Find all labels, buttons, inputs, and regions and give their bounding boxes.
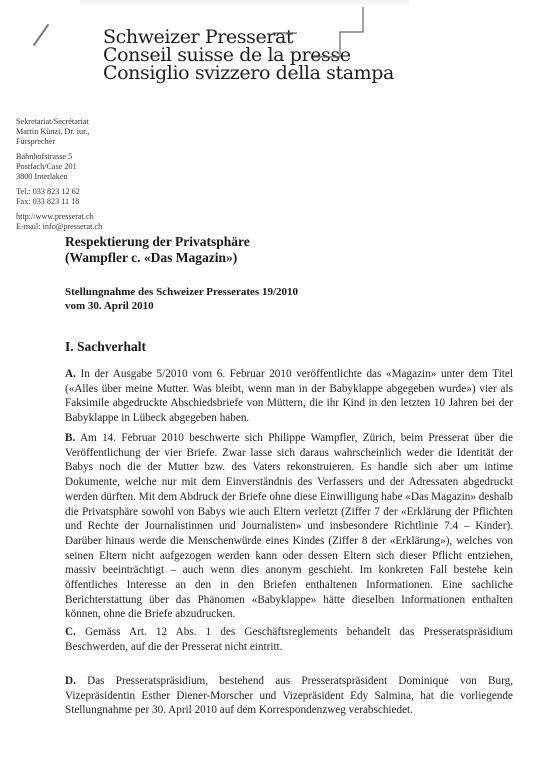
paragraph-text: Am 14. Februar 2010 beschwerte sich Phil…	[65, 432, 513, 620]
title-line-1: Respektierung der Privatsphäre	[65, 234, 250, 250]
title-line-2: (Wampfler c. «Das Magazin»)	[65, 250, 250, 266]
fax-number: Fax: 033 823 11 18	[16, 197, 102, 207]
paragraph-c: C. Gemäss Art. 12 Abs. 1 des Geschäftsre…	[65, 625, 513, 654]
subtitle-line-1: Stellungnahme des Schweizer Presserates …	[65, 285, 298, 299]
address-city: 3800 Interlaken	[16, 172, 102, 182]
secretariat-block: Sekretariat/Secrétariat Martin Künzi, Dr…	[16, 117, 102, 147]
address-postbox: Postfach/Case 201	[16, 162, 102, 172]
phone-block: Tel.: 033 823 12 62 Fax: 033 823 11 18	[16, 187, 102, 207]
sidebar-contact-info: Sekretariat/Secrétariat Martin Künzi, Dr…	[16, 117, 102, 237]
paragraph-text: Das Presseratspräsidium, bestehend aus P…	[65, 675, 513, 716]
section-heading: I. Sachverhalt	[65, 339, 146, 355]
document-subtitle: Stellungnahme des Schweizer Presserates …	[65, 285, 298, 313]
web-block: http://www.presserat.ch E-mail: info@pre…	[16, 212, 102, 232]
phone-number: Tel.: 033 823 12 62	[16, 187, 102, 197]
email-link[interactable]: E-mail: info@presserat.ch	[16, 222, 102, 232]
paragraph-label: B.	[65, 432, 75, 444]
paragraph-text: In der Ausgabe 5/2010 vom 6. Februar 201…	[65, 368, 513, 424]
secretariat-name: Martin Künzi, Dr. iur.,	[16, 127, 102, 137]
paragraph-b: B. Am 14. Februar 2010 beschwerte sich P…	[65, 431, 513, 622]
paragraph-label: A.	[65, 368, 76, 380]
address-block: Bahnhofstrasse 5 Postfach/Case 201 3800 …	[16, 152, 102, 182]
paragraph-d: D. Das Presseratspräsidium, bestehend au…	[65, 674, 513, 718]
org-name-italian: Consiglio svizzero della stampa	[103, 64, 394, 82]
paragraph-a: A. In der Ausgabe 5/2010 vom 6. Februar …	[65, 367, 513, 426]
website-link[interactable]: http://www.presserat.ch	[16, 212, 102, 222]
letterhead-org-names: Schweizer Presserat Conseil suisse de la…	[103, 28, 394, 82]
paragraph-label: D.	[65, 675, 76, 687]
secretariat-role: Fürsprecher	[16, 137, 102, 147]
paragraph-label: C.	[65, 626, 76, 638]
document-title: Respektierung der Privatsphäre (Wampfler…	[65, 234, 250, 266]
pen-mark	[33, 24, 50, 46]
scan-shadow	[80, 0, 410, 7]
secretariat-label: Sekretariat/Secrétariat	[16, 117, 102, 127]
address-street: Bahnhofstrasse 5	[16, 152, 102, 162]
subtitle-line-2: vom 30. April 2010	[65, 299, 298, 313]
paragraph-text: Gemäss Art. 12 Abs. 1 des Geschäftsregle…	[65, 626, 513, 653]
